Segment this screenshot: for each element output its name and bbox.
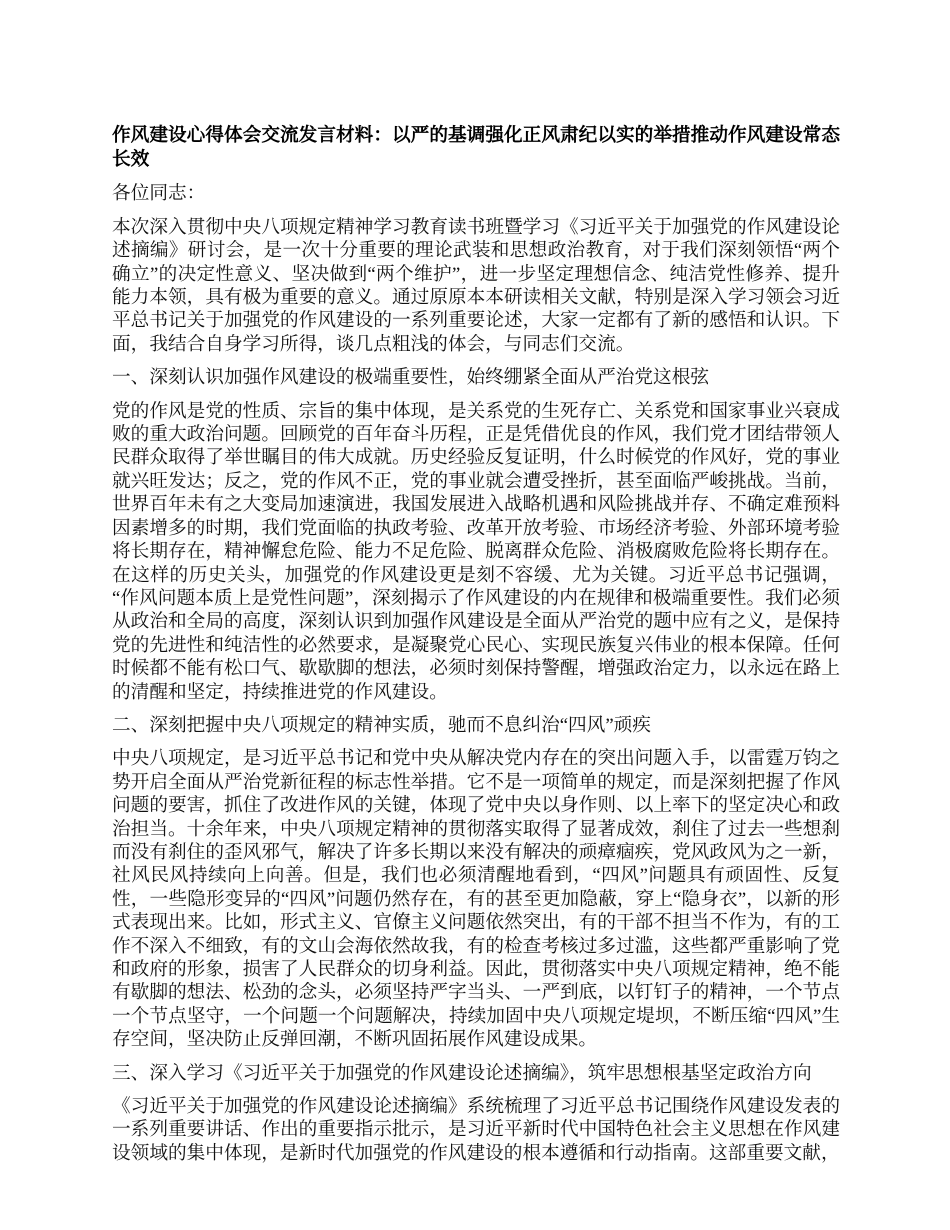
section-3-heading: 三、深入学习《习近平关于加强党的作风建设论述摘编》，筑牢思想根基坚定政治方向 <box>112 1062 840 1085</box>
salutation: 各位同志： <box>112 182 840 205</box>
intro-paragraph: 本次深入贯彻中央八项规定精神学习教育读书班暨学习《习近平关于加强党的作风建设论述… <box>112 216 840 356</box>
section-3-body: 《习近平关于加强党的作风建设论述摘编》系统梳理了习近平总书记围绕作风建设发表的一… <box>112 1095 840 1165</box>
section-2-heading: 二、深刻把握中央八项规定的精神实质，驰而不息纠治“四风”顽疾 <box>112 714 840 737</box>
section-1-body: 党的作风是党的性质、宗旨的集中体现，是关系党的生死存亡、关系党和国家事业兴衰成败… <box>112 400 840 704</box>
document-page: 作风建设心得体会交流发言材料：以严的基调强化正风肃纪以实的举措推动作风建设常态长… <box>0 0 950 1230</box>
section-2-body: 中央八项规定，是习近平总书记和党中央从解决党内存在的突出问题入手，以雷霆万钧之势… <box>112 747 840 1051</box>
document-title: 作风建设心得体会交流发言材料：以严的基调强化正风肃纪以实的举措推动作风建设常态长… <box>112 124 840 172</box>
section-1-heading: 一、深刻认识加强作风建设的极端重要性，始终绷紧全面从严治党这根弦 <box>112 366 840 389</box>
